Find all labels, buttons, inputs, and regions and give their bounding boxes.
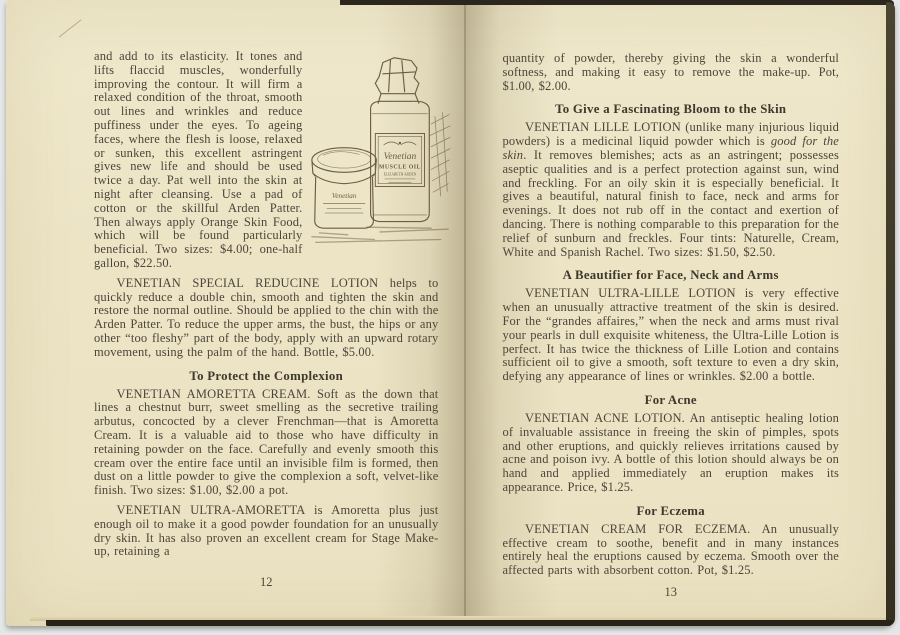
heading-fascinating-bloom: To Give a Fascinating Bloom to the Skin xyxy=(502,102,839,117)
paragraph-special-reducine-lotion: VENETIAN SPECIAL REDUCINE LOTION helps t… xyxy=(94,277,438,360)
label-ornament xyxy=(399,142,401,144)
bottle-label-brand-text: ELIZABETH ARDEN xyxy=(384,173,417,177)
paragraph-cream-for-eczema: VENETIAN CREAM FOR ECZEMA. An unusually … xyxy=(502,523,839,578)
bottle-drawing: Venetian MUSCLE OIL ELIZABETH ARDEN xyxy=(371,58,430,222)
page-spread: Venetian MUSCLE OIL ELIZABETH ARDEN xyxy=(6,0,895,626)
paragraph-amoretta-cream: VENETIAN AMORETTA CREAM. Soft as the dow… xyxy=(94,388,438,498)
cover-edge-bottom xyxy=(46,620,894,626)
jar-label-script-text: Venetian xyxy=(332,192,357,200)
muscle-oil-bottle-and-jar-drawing: Venetian MUSCLE OIL ELIZABETH ARDEN xyxy=(310,52,452,250)
page-corner-crease xyxy=(59,19,82,37)
cover-edge-right xyxy=(886,2,895,626)
bottle-label-product-text: MUSCLE OIL xyxy=(379,165,421,171)
spine-crease-line xyxy=(464,2,466,616)
paragraph-ultra-amoretta-continued: quantity of powder, thereby giving the s… xyxy=(502,52,839,93)
page-number: 13 xyxy=(502,585,839,600)
paragraph-lille-lotion: VENETIAN LILLE LOTION (unlike many injur… xyxy=(502,121,839,259)
jar-label: Venetian xyxy=(324,192,366,213)
heading-for-acne: For Acne xyxy=(502,393,839,408)
hatching-shadow xyxy=(431,113,451,196)
paragraph-ultra-amoretta: VENETIAN ULTRA-AMORETTA is Amoretta plus… xyxy=(94,504,438,559)
ground-shadow xyxy=(312,227,448,242)
heading-for-eczema: For Eczema xyxy=(502,504,839,519)
jar-drawing: Venetian xyxy=(312,148,376,228)
lille-lotion-text-end: . It removes blemishes; acts as an astri… xyxy=(502,148,839,259)
paragraph-acne-lotion: VENETIAN ACNE LOTION. An antiseptic heal… xyxy=(502,412,839,495)
product-illustration: Venetian MUSCLE OIL ELIZABETH ARDEN xyxy=(310,52,452,250)
heading-beautifier: A Beautifier for Face, Neck and Arms xyxy=(502,268,839,283)
bottle-label: Venetian MUSCLE OIL ELIZABETH ARDEN xyxy=(376,133,425,186)
bottle-label-script-text: Venetian xyxy=(384,152,417,162)
paragraph-ultra-lille-lotion: VENETIAN ULTRA-LILLE LOTION is very effe… xyxy=(502,287,839,384)
page-number: 12 xyxy=(94,575,438,590)
booklet-photo: Venetian MUSCLE OIL ELIZABETH ARDEN xyxy=(0,0,900,635)
heading-to-protect-the-complexion: To Protect the Complexion xyxy=(94,369,438,384)
page-left: Venetian MUSCLE OIL ELIZABETH ARDEN xyxy=(6,0,458,626)
open-booklet: Venetian MUSCLE OIL ELIZABETH ARDEN xyxy=(6,0,895,626)
cover-edge-top xyxy=(340,0,894,5)
page-right: quantity of powder, thereby giving the s… xyxy=(458,0,895,626)
